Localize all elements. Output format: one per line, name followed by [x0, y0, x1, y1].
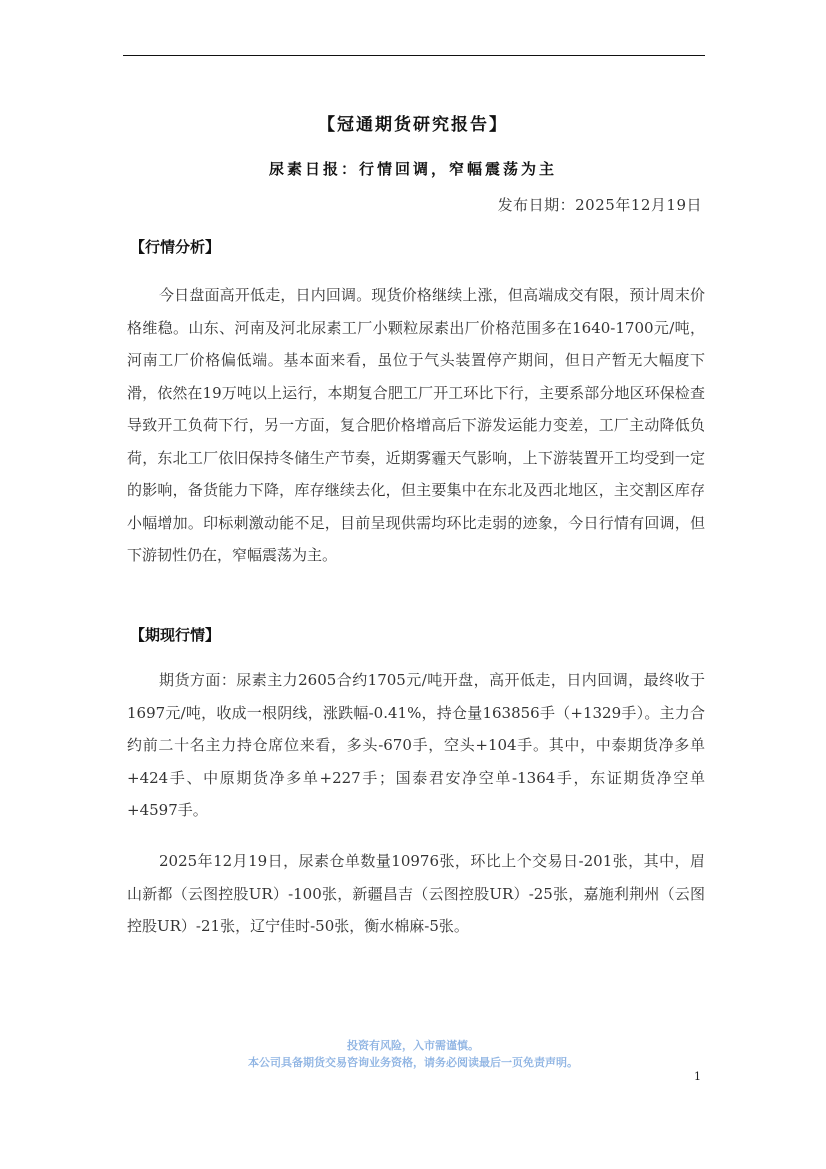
section-heading-futures-spot: 【期现行情】 [130, 624, 220, 645]
section-heading-market-analysis: 【行情分析】 [130, 236, 220, 257]
header-rule [123, 55, 705, 56]
page-number: 1 [694, 1070, 701, 1083]
footer-risk-warning: 投资有风险，入市需谨慎。 [0, 1037, 826, 1053]
market-analysis-paragraph: 今日盘面高开低走，日内回调。现货价格继续上涨，但高端成交有限，预计周末价格维稳。… [127, 279, 705, 572]
footer-disclaimer: 本公司具备期货交易咨询业务资格，请务必阅读最后一页免责声明。 [0, 1054, 826, 1070]
publish-date: 发布日期：2025年12月19日 [498, 194, 702, 215]
document-page: 【冠通期货研究报告】 尿素日报：行情回调，窄幅震荡为主 发布日期：2025年12… [0, 0, 826, 1169]
futures-paragraph: 期货方面：尿素主力2605合约1705元/吨开盘，高开低走，日内回调，最终收于1… [127, 664, 705, 827]
warehouse-receipt-paragraph: 2025年12月19日，尿素仓单数量10976张，环比上个交易日-201张，其中… [127, 845, 705, 943]
report-subtitle: 尿素日报：行情回调，窄幅震荡为主 [0, 158, 826, 179]
report-title: 【冠通期货研究报告】 [0, 110, 826, 135]
